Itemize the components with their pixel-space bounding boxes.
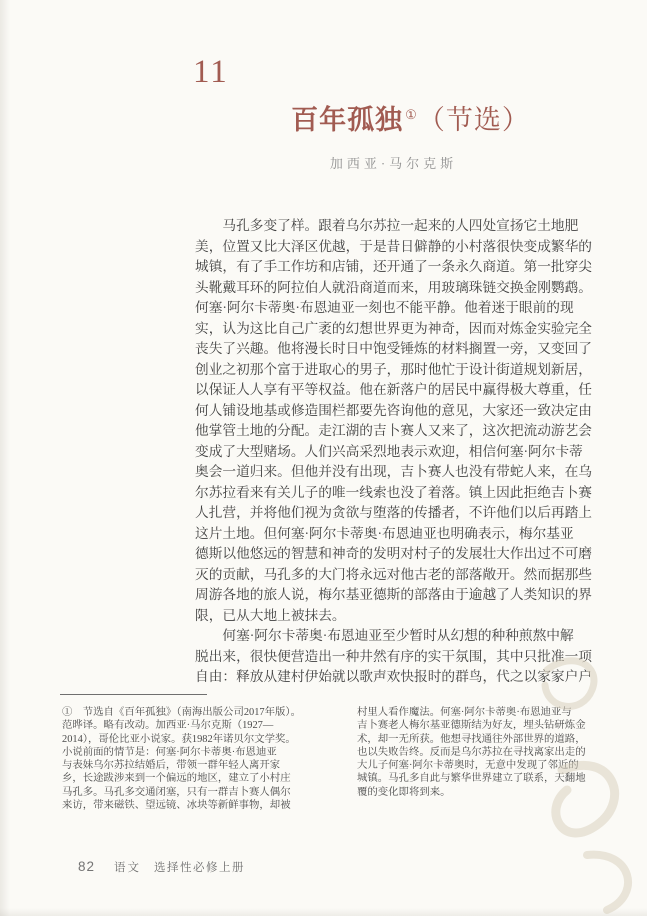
text-line: 以保证人人享有平等权益。他在新落户的居民中赢得极大尊重，任: [195, 380, 595, 401]
text-line: 脱出来，很快便营造出一种井然有序的实干氛围，其中只批准一项: [195, 647, 595, 668]
text-line: 与表妹乌尔苏拉结婚后，带领一群年轻人离开家: [62, 759, 308, 772]
text-line: 2014），哥伦比亚小说家。获1982年诺贝尔文学奖。: [62, 733, 308, 746]
text-line: 马孔多变了样。跟着乌尔苏拉一起来的人四处宣扬它土地肥: [195, 216, 595, 237]
author-name: 加西亚·马尔克斯: [195, 155, 592, 173]
text-line: 村里人看作魔法。何塞·阿尔卡蒂奥·布恩迪亚与: [357, 706, 589, 719]
title-footnote-ref: ①: [405, 107, 417, 122]
page-footer: 82 语文 选择性必修上册: [78, 859, 245, 875]
text-line: 周游各地的旅人说，梅尔基亚德斯的部落由于逾越了人类知识的界: [195, 585, 595, 606]
body-text: 马孔多变了样。跟着乌尔苏拉一起来的人四处宣扬它土地肥美，位置又比大泽区优越，于是…: [195, 216, 595, 688]
footnote-column-left: ① 节选自《百年孤独》（南海出版公司2017年版）。范晔译。略有改动。加西亚·马…: [62, 706, 308, 812]
text-line: 这片土地。但何塞·阿尔卡蒂奥·布恩迪亚也明确表示，梅尔基亚: [195, 524, 595, 545]
text-line: 丧失了兴趣。他将漫长时日中饱受锤炼的材料搁置一旁，又变回了: [195, 339, 595, 360]
text-line: ① 节选自《百年孤独》（南海出版公司2017年版）。: [62, 706, 308, 719]
text-line: 何塞·阿尔卡蒂奥·布恩迪亚一刻也不能平静。他着迷于眼前的现: [195, 298, 595, 319]
book-title-label: 选择性必修上册: [154, 859, 245, 875]
text-line: 奥会一道归来。但他并没有出现，吉卜赛人也没有带蛇人来，在乌: [195, 462, 595, 483]
text-line: 创业之初那个富于进取心的男子，那时他忙于设计街道规划新居，: [195, 360, 595, 381]
text-line: 人扎营，并将他们视为贪欲与堕落的传播者，不许他们以后再踏上: [195, 503, 595, 524]
text-line: 灭的贡献，马孔多的大门将永远对他古老的部落敞开。然而据那些: [195, 565, 595, 586]
lesson-title: 百年孤独①（节选）: [212, 102, 609, 138]
subject-label: 语文: [114, 859, 141, 875]
text-line: 何人铺设地基或修造围栏都要先咨询他的意见，大家还一致决定由: [195, 401, 595, 422]
text-line: 小说前面的情节是：何塞·阿尔卡蒂奥·布恩迪亚: [62, 746, 308, 759]
text-line: 城镇，有了手工作坊和店铺，还开通了一条永久商道。第一批穿尖: [195, 257, 595, 278]
text-line: 术，却一无所获。他想寻找通往外部世界的道路，: [357, 733, 589, 746]
text-line: 也以失败告终。反而是乌尔苏拉在寻找离家出走的: [357, 746, 589, 759]
scan-edge-shadow-bottom: [0, 908, 647, 916]
text-line: 范晔译。略有改动。加西亚·马尔克斯（1927—: [62, 719, 308, 732]
page-number: 82: [78, 859, 95, 874]
text-line: 头靴戴耳环的阿拉伯人就沿商道而来，用玻璃珠链交换金刚鹦鹉。: [195, 278, 595, 299]
text-line: 乡，长途跋涉来到一个偏远的地区，建立了小村庄: [62, 772, 308, 785]
text-line: 限，已从大地上被抹去。: [195, 606, 595, 627]
text-line: 尔苏拉看来有关儿子的唯一线索也没了着落。镇上因此拒绝吉卜赛: [195, 483, 595, 504]
text-line: 他掌管土地的分配。走江湖的吉卜赛人又来了，这次把流动游艺会: [195, 421, 595, 442]
text-line: 德斯以他悠远的智慧和神奇的发明对村子的发展壮大作出过不可磨: [195, 544, 595, 565]
text-line: 来访，带来磁铁、望远镜、冰块等新鲜事物，却被: [62, 799, 308, 812]
lesson-title-suffix: （节选）: [418, 105, 530, 135]
text-line: 变成了大型赌场。人们兴高采烈地表示欢迎，相信何塞·阿尔卡蒂: [195, 442, 595, 463]
footnote-divider: [60, 694, 207, 695]
chapter-number: 11: [193, 52, 229, 92]
text-line: 覆的变化即将到来。: [357, 786, 589, 799]
text-line: 吉卜赛老人梅尔基亚德斯结为好友，埋头钻研炼金: [357, 719, 589, 732]
text-line: 城镇。马孔多自此与繁华世界建立了联系，天翻地: [357, 772, 589, 785]
text-line: 美，位置又比大泽区优越，于是昔日僻静的小村落很快变成繁华的: [195, 237, 595, 258]
body-paragraph: 马孔多变了样。跟着乌尔苏拉一起来的人四处宣扬它土地肥美，位置又比大泽区优越，于是…: [195, 216, 595, 626]
text-line: 自由：释放从建村伊始就以歌声欢快报时的群鸟，代之以家家户户: [195, 667, 595, 688]
text-line: 马孔多。马孔多交通闭塞，只有一群吉卜赛人偶尔: [62, 786, 308, 799]
footnote-column-right: 村里人看作魔法。何塞·阿尔卡蒂奥·布恩迪亚与吉卜赛老人梅尔基亚德斯结为好友，埋头…: [357, 706, 589, 799]
lesson-title-text: 百年孤独: [291, 105, 403, 135]
text-line: 大儿子何塞·阿尔卡蒂奥时，无意中发现了邻近的: [357, 759, 589, 772]
text-line: 实，认为这比自己广袤的幻想世界更为神奇，因而对炼金实验完全: [195, 319, 595, 340]
textbook-page: { "page": { "chapter_number": "11", "tit…: [0, 0, 647, 916]
scan-edge-shadow: [0, 0, 10, 916]
body-paragraph: 何塞·阿尔卡蒂奥·布恩迪亚至少暂时从幻想的种种煎熬中解脱出来，很快便营造出一种井…: [195, 626, 595, 688]
text-line: 何塞·阿尔卡蒂奥·布恩迪亚至少暂时从幻想的种种煎熬中解: [195, 626, 595, 647]
